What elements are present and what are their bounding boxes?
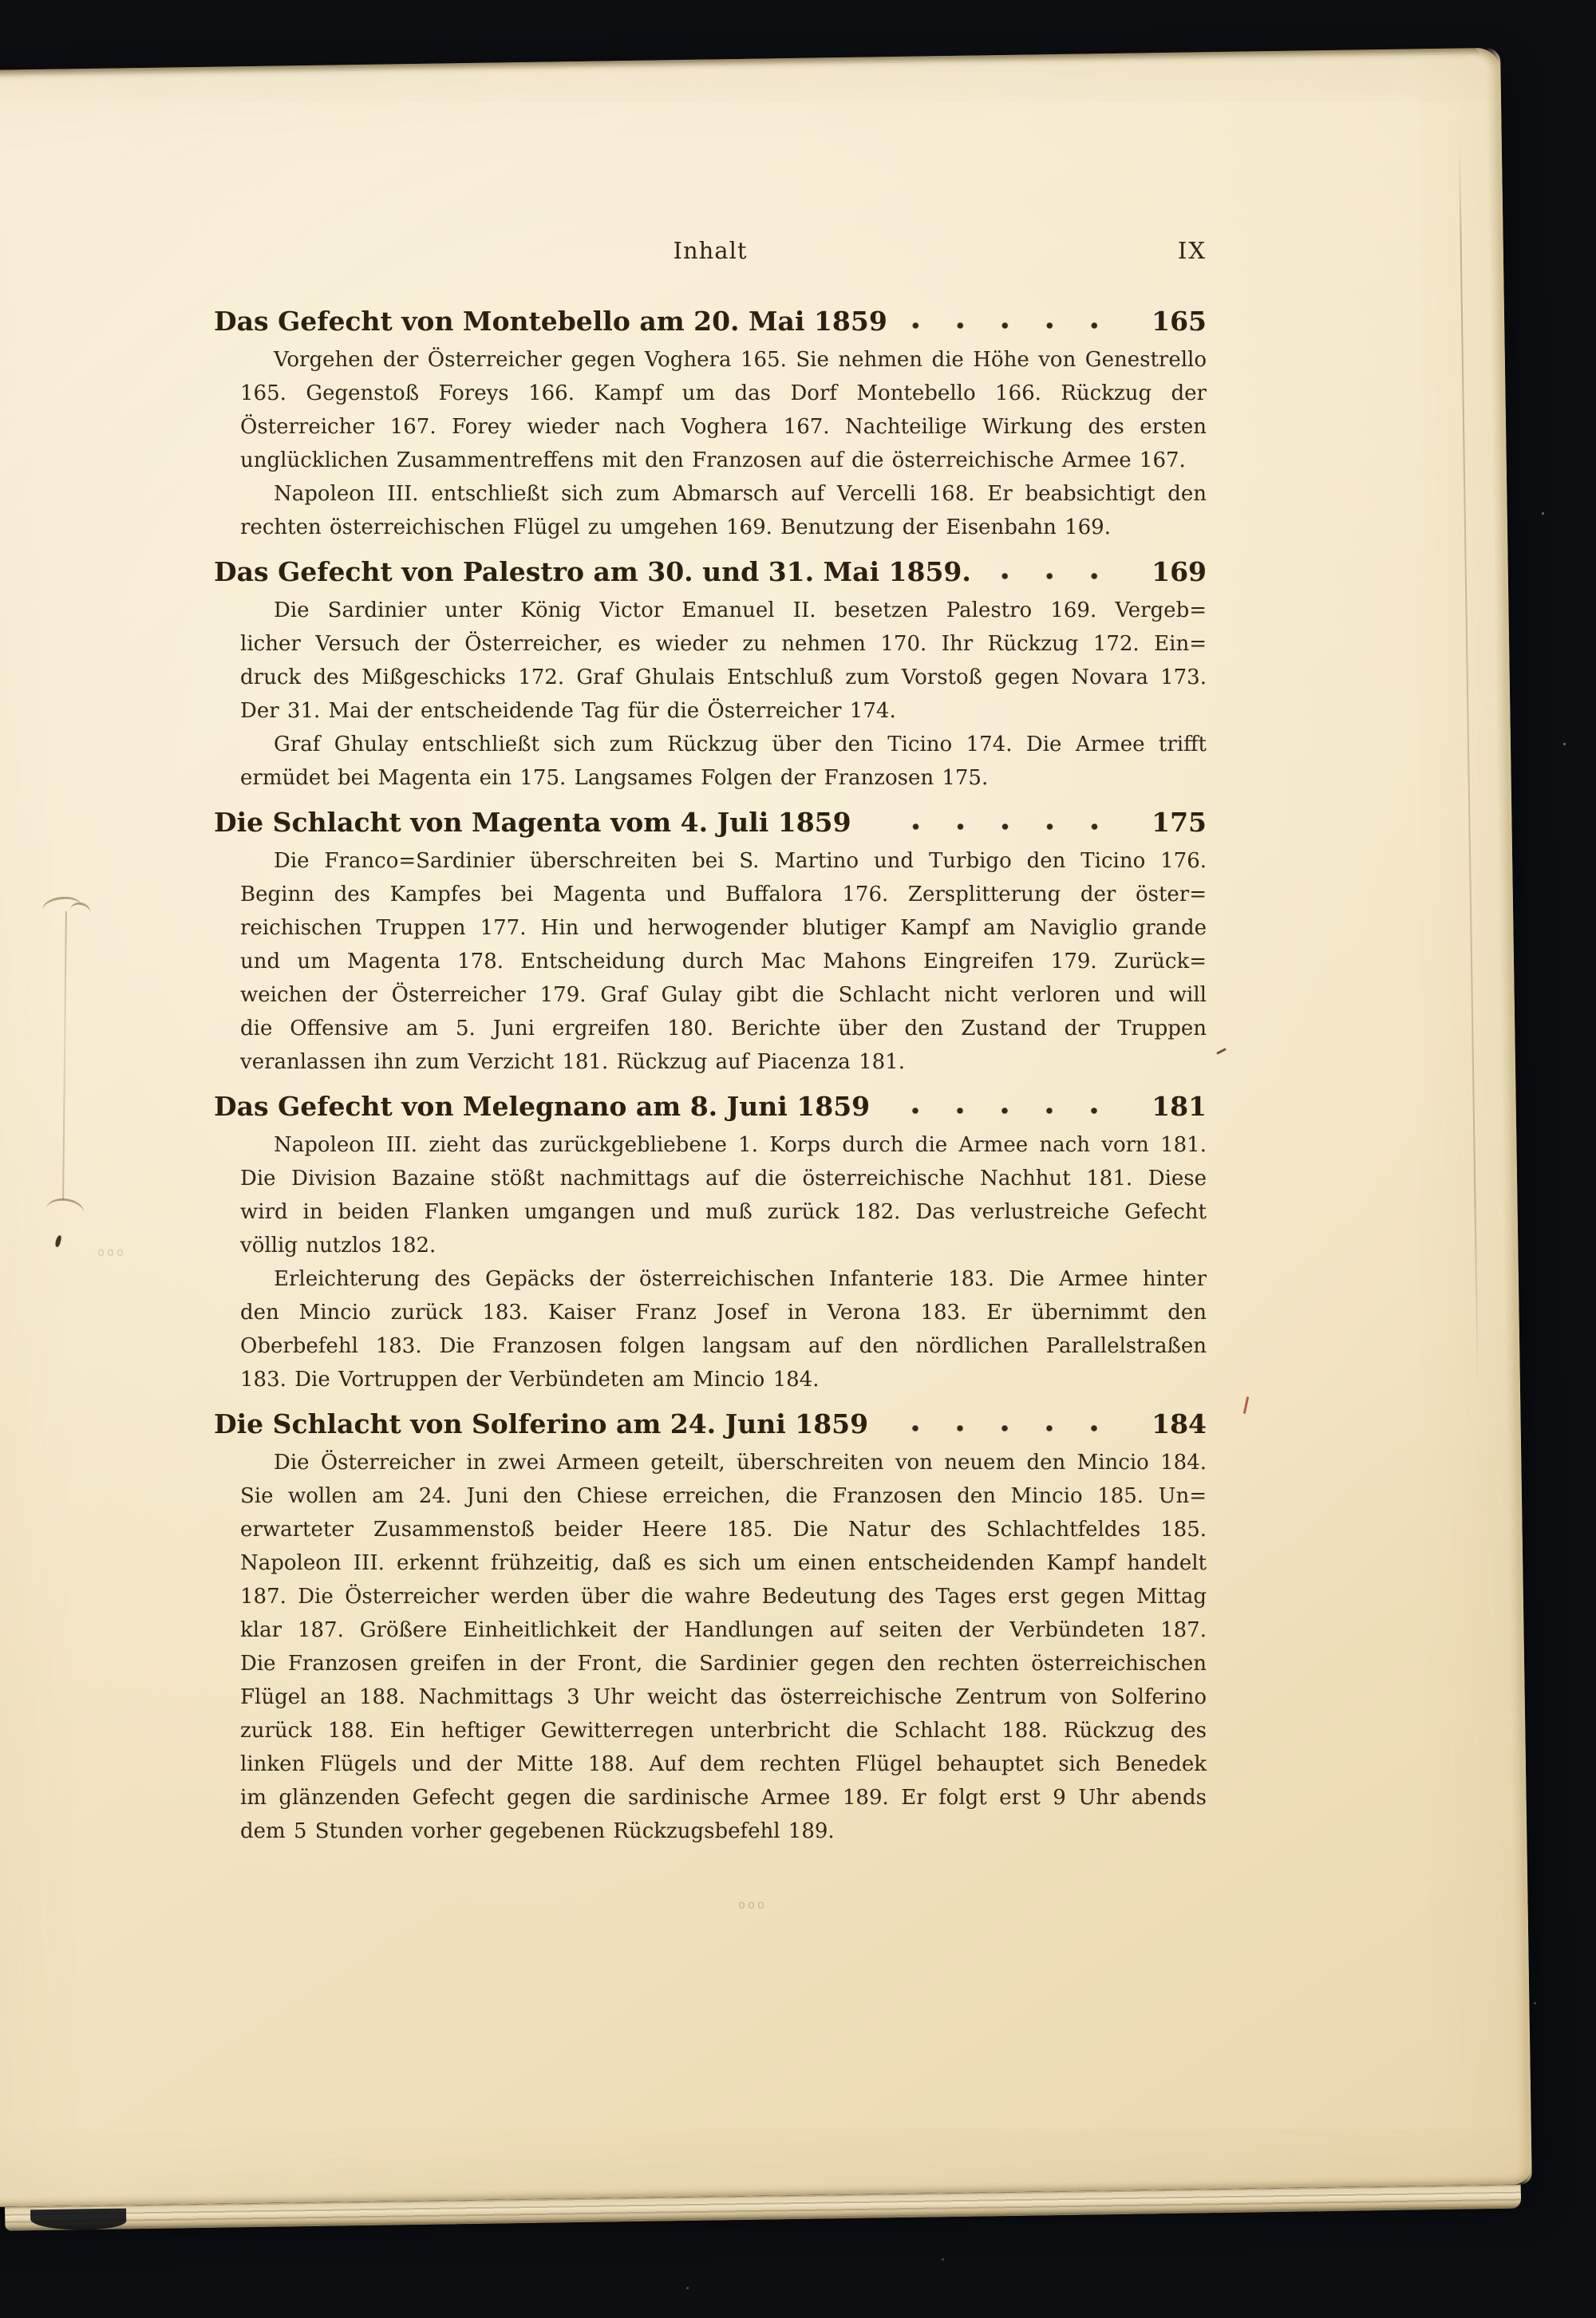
toc-heading-page: 184 <box>1152 1404 1207 1444</box>
toc-heading: Das Gefecht von Palestro am 30. und 31. … <box>214 552 1207 592</box>
toc-heading-title: Das Gefecht von Melegnano am 8. Juni 185… <box>214 1087 870 1127</box>
page-title: Inhalt <box>310 233 1111 268</box>
toc-heading-title: Die Schlacht von Solferino am 24. Juni 1… <box>214 1404 868 1444</box>
toc-text-line: linken Flügels und der Mitte 188. Auf de… <box>214 1747 1207 1781</box>
page-number: IX <box>1111 233 1207 268</box>
toc-heading: Die Schlacht von Solferino am 24. Juni 1… <box>214 1404 1207 1444</box>
toc-text-line: 187. Die Österreicher werden über die wa… <box>214 1580 1207 1613</box>
toc-text-line: Flügel an 188. Nachmittags 3 Uhr weicht … <box>214 1680 1207 1714</box>
toc-text-line: veranlassen ihn zum Verzicht 181. Rückzu… <box>214 1045 1207 1079</box>
dust-speck <box>942 2258 944 2261</box>
page-crease-right <box>1459 144 1479 1389</box>
paper-blemish-dots: ooo <box>97 1245 126 1259</box>
toc-text-line: dem 5 Stunden vorher gegebenen Rückzugsb… <box>214 1815 1207 1848</box>
toc-text-line: druck des Mißgeschicks 172. Graf Ghulais… <box>214 661 1207 694</box>
toc-heading-title: Die Schlacht von Magenta vom 4. Juli 185… <box>214 803 851 843</box>
toc-text-line: wird in beiden Flanken umgangen und muß … <box>214 1195 1207 1229</box>
toc-text-line: im glänzenden Gefecht gegen die sardinis… <box>214 1781 1207 1815</box>
toc-text-line: völlig nutzlos 182. <box>214 1229 1207 1262</box>
toc-text-line: die Offensive am 5. Juni ergreifen 180. … <box>214 1012 1207 1045</box>
dust-speck <box>1563 743 1566 745</box>
toc-text-line: Graf Ghulay entschließt sich zum Rückzug… <box>214 728 1207 761</box>
toc-heading: Das Gefecht von Melegnano am 8. Juni 185… <box>214 1087 1207 1127</box>
toc-text-line: Sie wollen am 24. Juni den Chiese erreic… <box>214 1479 1207 1513</box>
paper-blemish-dots: ooo <box>738 1897 767 1912</box>
toc-text-line: den Mincio zurück 183. Kaiser Franz Jose… <box>214 1296 1207 1329</box>
toc-text-line: Beginn des Kampfes bei Magenta und Buffa… <box>214 878 1207 911</box>
dust-speck <box>686 2287 689 2289</box>
toc-text-line: erwarteter Zusammenstoß beider Heere 185… <box>214 1513 1207 1546</box>
toc-text-line: reichischen Truppen 177. Hin und herwoge… <box>214 911 1207 945</box>
toc-text-line: klar 187. Größere Einheitlichkeit der Ha… <box>214 1613 1207 1647</box>
toc-text-line: Vorgehen der Österreicher gegen Voghera … <box>214 343 1207 377</box>
toc-text-line: Die Franzosen greifen in der Front, die … <box>214 1647 1207 1680</box>
toc-text-line: Die Österreicher in zwei Armeen geteilt,… <box>214 1446 1207 1479</box>
toc-sections: Das Gefecht von Montebello am 20. Mai 18… <box>214 302 1207 1848</box>
toc-text-line: weichen der Österreicher 179. Graf Gulay… <box>214 978 1207 1012</box>
toc-text-line: Die Division Bazaine stößt nachmittags a… <box>214 1162 1207 1195</box>
toc-heading-page: 181 <box>1152 1087 1207 1127</box>
toc-text-line: Napoleon III. entschließt sich zum Abmar… <box>214 477 1207 511</box>
toc-text-line: Napoleon III. erkennt frühzeitig, daß es… <box>214 1546 1207 1580</box>
toc-heading-page: 175 <box>1152 803 1207 843</box>
toc-text-line: und um Magenta 178. Entscheidung durch M… <box>214 945 1207 978</box>
toc-text-line: rechten österreichischen Flügel zu umgeh… <box>214 511 1207 544</box>
toc-text-line: ermüdet bei Magenta ein 175. Langsames F… <box>214 761 1207 795</box>
toc-text-line: Der 31. Mai der entscheidende Tag für di… <box>214 694 1207 728</box>
toc-text-line: Österreicher 167. Forey wieder nach Vogh… <box>214 410 1207 444</box>
toc-text-line: 165. Gegenstoß Foreys 166. Kampf um das … <box>214 377 1207 410</box>
toc-text-line: licher Versuch der Österreicher, es wied… <box>214 627 1207 661</box>
dust-speck <box>1542 512 1544 515</box>
toc-text-line: Erleichterung des Gepäcks der österreich… <box>214 1262 1207 1296</box>
running-header: Inhalt IX <box>214 233 1207 268</box>
toc-text-line: unglücklichen Zusammentreffens mit den F… <box>214 444 1207 477</box>
toc-text-line: Oberbefehl 183. Die Franzosen folgen lan… <box>214 1329 1207 1363</box>
dot-leader <box>894 1108 1136 1116</box>
toc-heading-title: Das Gefecht von Montebello am 20. Mai 18… <box>214 302 887 342</box>
toc-text-line: Die Franco=Sardinier überschreiten bei S… <box>214 844 1207 878</box>
toc-heading: Das Gefecht von Montebello am 20. Mai 18… <box>214 302 1207 342</box>
dot-leader <box>911 322 1136 330</box>
toc-text-line: 183. Die Vortruppen der Verbündeten am M… <box>214 1363 1207 1396</box>
toc-heading-title: Das Gefecht von Palestro am 30. und 31. … <box>214 552 971 592</box>
toc-heading-page: 165 <box>1152 302 1207 342</box>
toc-heading-page: 169 <box>1152 552 1207 592</box>
dot-leader <box>875 823 1136 831</box>
toc-text-line: Die Sardinier unter König Victor Emanuel… <box>214 594 1207 627</box>
page-stack-edges <box>5 2185 1521 2231</box>
dust-speck <box>1534 2002 1536 2004</box>
dot-leader <box>995 573 1136 581</box>
toc-text-line: Napoleon III. zieht das zurückgebliebene… <box>214 1128 1207 1162</box>
toc-heading: Die Schlacht von Magenta vom 4. Juli 185… <box>214 803 1207 843</box>
page-content: Inhalt IX Das Gefecht von Montebello am … <box>214 0 1207 1848</box>
toc-text-line: zurück 188. Ein heftiger Gewitterregen u… <box>214 1714 1207 1747</box>
dot-leader <box>892 1425 1136 1433</box>
